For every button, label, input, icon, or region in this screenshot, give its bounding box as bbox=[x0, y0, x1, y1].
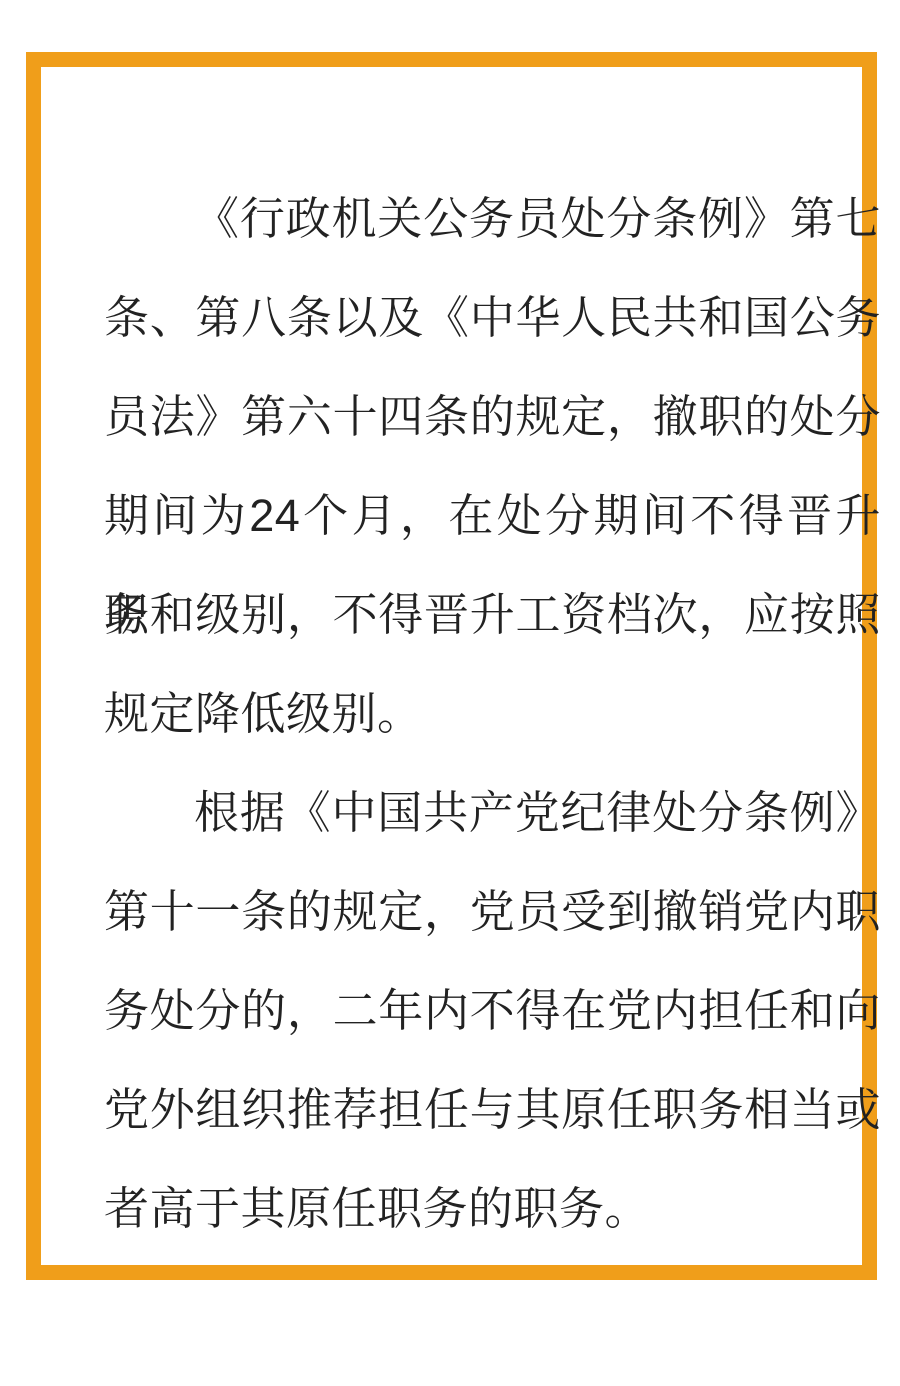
text-line: 根据《中国共产党纪律处分条例》 bbox=[104, 763, 881, 862]
text-line: 者高于其原任职务的职务。 bbox=[104, 1159, 881, 1258]
text-line: 条、第八条以及《中华人民共和国公务 bbox=[104, 268, 881, 367]
text-line: 第十一条的规定，党员受到撤销党内职 bbox=[104, 862, 881, 961]
text-line: 《行政机关公务员处分条例》第七 bbox=[104, 169, 881, 268]
orange-border-frame: 《行政机关公务员处分条例》第七 条、第八条以及《中华人民共和国公务 员法》第六十… bbox=[26, 52, 877, 1280]
text-line: 规定降低级别。 bbox=[104, 664, 881, 763]
text-line: 务处分的，二年内不得在党内担任和向 bbox=[104, 961, 881, 1060]
legal-text-block: 《行政机关公务员处分条例》第七 条、第八条以及《中华人民共和国公务 员法》第六十… bbox=[104, 169, 881, 1258]
page: { "page": { "colors": { "frame": "#F09E1… bbox=[0, 0, 900, 1386]
text-line: 务和级别，不得晋升工资档次，应按照 bbox=[104, 565, 881, 664]
text-line: 期间为24个月，在处分期间不得晋升职 bbox=[104, 466, 881, 565]
text-line: 党外组织推荐担任与其原任职务相当或 bbox=[104, 1060, 881, 1159]
text-line: 员法》第六十四条的规定，撤职的处分 bbox=[104, 367, 881, 466]
